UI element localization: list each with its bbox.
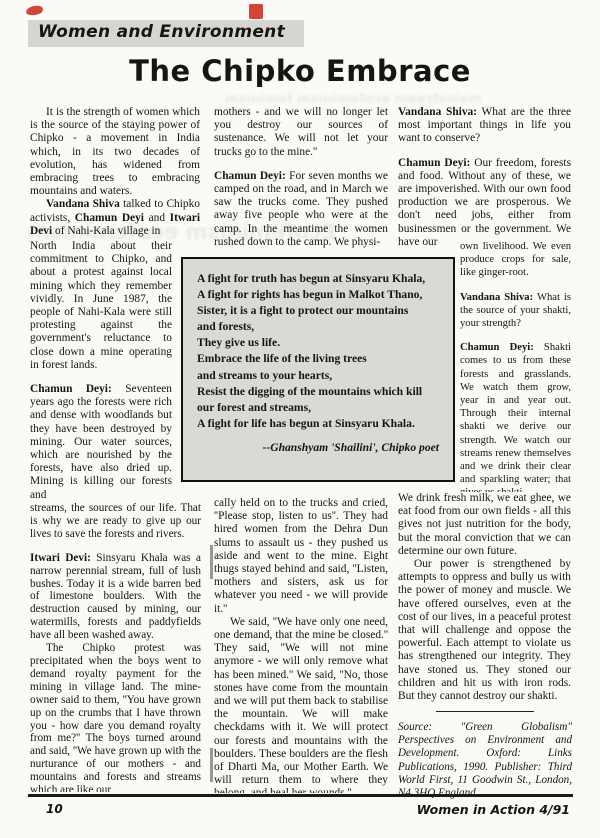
column1-bottom: streams, the sources of our life. That i… — [30, 502, 201, 792]
paragraph: Chamun Deyi: Shakti comes to us from the… — [460, 341, 571, 492]
bleed-through-text: mainstream ecofeminism feminism — [225, 92, 482, 107]
source-divider-rule — [436, 711, 534, 712]
paragraph: We said, ''We have only one need, one de… — [214, 616, 388, 793]
speaker-name: Chamun Deyi: — [30, 383, 112, 395]
column1-top: It is the strength of women which is the… — [30, 106, 200, 238]
ink-bleed-mark — [210, 748, 213, 782]
source-note: Source: "Green Globalism" Perspectives o… — [398, 721, 572, 800]
poem-line: our forest and streams, — [197, 400, 443, 416]
paragraph: Vandana Shiva: What are the three most i… — [398, 106, 571, 146]
paragraph-text: Shakti comes to us from these forests an… — [460, 342, 571, 492]
poem-line: They give us life. — [197, 335, 443, 351]
red-pen-mark-left — [26, 5, 44, 16]
name-bold: Vandana Shiva — [46, 198, 120, 210]
poem-line: and forests, — [197, 319, 443, 335]
paragraph: mothers - and we will no longer let you … — [214, 106, 388, 159]
section-label: Women and Environment — [38, 22, 285, 42]
paragraph: It is the strength of women which is the… — [30, 106, 200, 198]
paragraph: North India about their commitment to Ch… — [30, 240, 172, 372]
paragraph: Itwari Devi: Sinsyaru Khala was a narrow… — [30, 552, 201, 642]
paragraph-text: Our freedom, forests and food. Without a… — [398, 157, 571, 248]
column3-top: Vandana Shiva: What are the three most i… — [398, 106, 571, 249]
article-title: The Chipko Embrace — [0, 54, 600, 88]
paragraph: own livelihood. We even produce crops fo… — [460, 240, 571, 280]
column2-bottom: cally held on to the trucks and cried, '… — [214, 497, 388, 793]
speaker-name: Vandana Shiva: — [398, 106, 477, 118]
speaker-name: Chamun Deyi: — [460, 342, 534, 353]
poem-line: A fight for life has begun at Sinsyaru K… — [197, 416, 443, 432]
magazine-page: mainstream ecofeminism feminism Ecofemin… — [0, 0, 600, 838]
poem-line: A fight for rights has begun in Malkot T… — [197, 287, 443, 303]
paragraph: We drink fresh milk, we eat ghee, we eat… — [398, 492, 571, 558]
paragraph: Chamun Deyi: Seventeen years ago the for… — [30, 383, 172, 502]
ink-bleed-mark — [210, 545, 213, 579]
column2-top: mothers - and we will no longer let you … — [214, 106, 388, 249]
speaker-name: Chamun Deyi: — [214, 170, 286, 182]
poem-line: Sister, it is a fight to protect our mou… — [197, 303, 443, 319]
paragraph: cally held on to the trucks and cried, '… — [214, 497, 388, 616]
footer-issue-label: Women in Action 4/91 — [417, 802, 570, 817]
poem-line: and streams to your hearts, — [197, 368, 443, 384]
paragraph-text: of Nahi-Kala village in — [52, 225, 160, 237]
paragraph: streams, the sources of our life. That i… — [30, 502, 201, 541]
red-pen-mark-right — [249, 4, 263, 19]
poem-line: Resist the digging of the mountains whic… — [197, 384, 443, 400]
column3-bottom: We drink fresh milk, we eat ghee, we eat… — [398, 492, 571, 706]
paragraph: Chamun Deyi: For seven months we camped … — [214, 170, 388, 249]
paragraph-text: and — [144, 212, 170, 224]
name-bold: Chamun Deyi — [75, 212, 144, 224]
speaker-name: Chamun Deyi: — [398, 157, 470, 169]
paragraph: Our power is strengthened by attempts to… — [398, 558, 571, 703]
column1-beside-box: North India about their commitment to Ch… — [30, 240, 172, 502]
paragraph-text: Sinsyaru Khala was a narrow perennial st… — [30, 552, 201, 641]
paragraph-text: Seventeen years ago the forests were ric… — [30, 383, 172, 501]
poem-line: A fight for truth has begun at Sinsyaru … — [197, 271, 443, 287]
poem-line: Embrace the life of the living trees — [197, 351, 443, 367]
speaker-name: Vandana Shiva: — [460, 292, 533, 303]
paragraph: Vandana Shiva talked to Chipko activists… — [30, 198, 200, 238]
speaker-name: Itwari Devi: — [30, 552, 91, 564]
page-number: 10 — [46, 802, 63, 816]
paragraph: Chamun Deyi: Our freedom, forests and fo… — [398, 157, 571, 249]
footer-rule — [28, 794, 573, 797]
poem-attribution: --Ghanshyam 'Shailini', Chipko poet — [197, 441, 443, 454]
paragraph: The Chipko protest was precipitated when… — [30, 642, 201, 792]
column3-beside-box: own livelihood. We even produce crops fo… — [460, 240, 571, 492]
poem-quote-box: A fight for truth has begun at Sinsyaru … — [181, 257, 455, 482]
paragraph: Vandana Shiva: What is the source of you… — [460, 291, 571, 331]
